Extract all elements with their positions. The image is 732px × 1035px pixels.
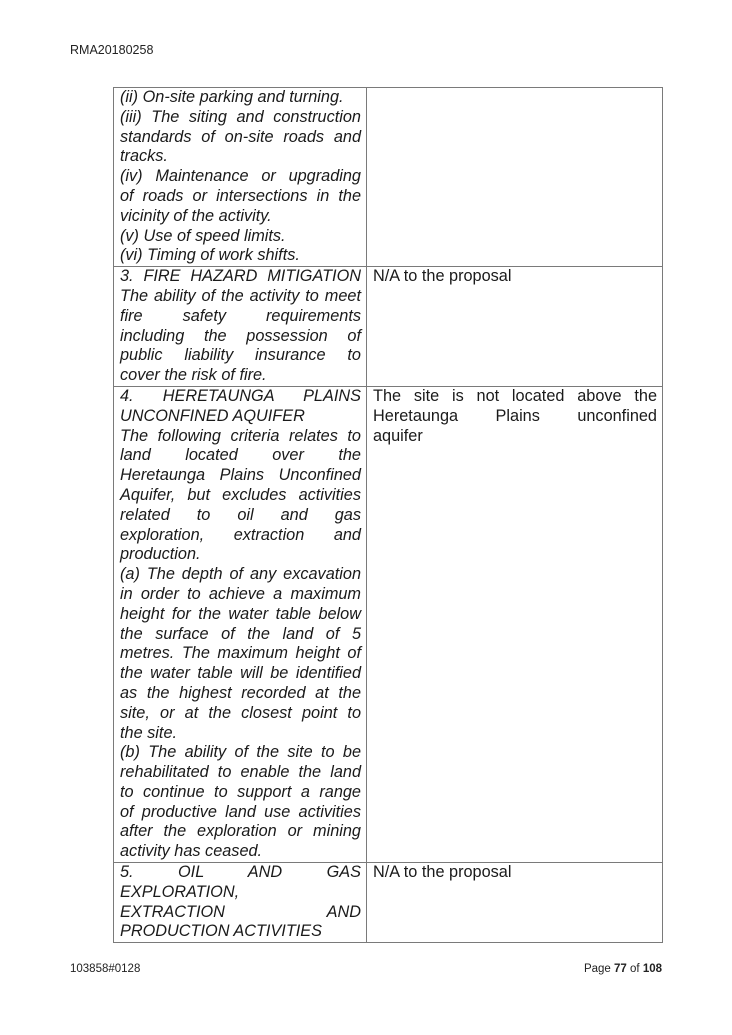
page-prefix: Page xyxy=(584,963,614,975)
page-total: 108 xyxy=(643,963,662,975)
assessment-cell xyxy=(367,88,663,267)
text-line: The ability of the activity to meet xyxy=(120,287,361,307)
page-current: 77 xyxy=(614,963,627,975)
assessment-cell: The site is not located above theHeretau… xyxy=(367,386,663,862)
text-line: metres. The maximum height of xyxy=(120,644,361,664)
text-line: UNCONFINED AQUIFER xyxy=(120,407,361,427)
text-line: 3. FIRE HAZARD MITIGATION xyxy=(120,267,361,287)
text-line: PRODUCTION ACTIVITIES xyxy=(120,922,361,942)
text-line: including the possession of xyxy=(120,327,361,347)
criteria-cell: 4. HERETAUNGA PLAINSUNCONFINED AQUIFERTh… xyxy=(114,386,367,862)
footer-doc-id: 103858#0128 xyxy=(70,963,140,975)
text-line: N/A to the proposal xyxy=(373,863,657,883)
criteria-cell: (ii) On-site parking and turning.(iii) T… xyxy=(114,88,367,267)
text-line: to continue to support a range xyxy=(120,783,361,803)
text-line: of roads or intersections in the xyxy=(120,187,361,207)
text-line: 5. OIL AND GAS xyxy=(120,863,361,883)
text-line: (v) Use of speed limits. xyxy=(120,227,361,247)
text-line: (iv) Maintenance or upgrading xyxy=(120,167,361,187)
page-number: Page 77 of 108 xyxy=(584,963,662,975)
text-line: (vi) Timing of work shifts. xyxy=(120,246,361,266)
text-line: in order to achieve a maximum xyxy=(120,585,361,605)
text-line: N/A to the proposal xyxy=(373,267,657,287)
assessment-cell: N/A to the proposal xyxy=(367,267,663,387)
text-line: (ii) On-site parking and turning. xyxy=(120,88,361,108)
text-line: Heretaunga Plains Unconfined xyxy=(120,466,361,486)
text-line: site, or at the closest point to xyxy=(120,704,361,724)
document-reference: RMA20180258 xyxy=(70,43,153,57)
text-line: rehabilitated to enable the land xyxy=(120,763,361,783)
table-row: 3. FIRE HAZARD MITIGATIONThe ability of … xyxy=(114,267,663,387)
text-line: The site is not located above the xyxy=(373,387,657,407)
text-line: land located over the xyxy=(120,446,361,466)
text-line: (b) The ability of the site to be xyxy=(120,743,361,763)
text-line: the site. xyxy=(120,724,361,744)
text-line: the water table will be identified xyxy=(120,664,361,684)
text-line: (iii) The siting and construction xyxy=(120,108,361,128)
text-line: cover the risk of fire. xyxy=(120,366,361,386)
text-line: the surface of the land of 5 xyxy=(120,625,361,645)
text-line: vicinity of the activity. xyxy=(120,207,361,227)
text-line: of productive land use activities xyxy=(120,803,361,823)
text-line: fire safety requirements xyxy=(120,307,361,327)
text-line: production. xyxy=(120,545,361,565)
criteria-table: (ii) On-site parking and turning.(iii) T… xyxy=(113,87,663,943)
text-line: Aquifer, but excludes activities xyxy=(120,486,361,506)
text-line: EXPLORATION, xyxy=(120,883,361,903)
text-line: activity has ceased. xyxy=(120,842,361,862)
assessment-cell: N/A to the proposal xyxy=(367,863,663,943)
text-line: EXTRACTION AND xyxy=(120,903,361,923)
text-line: related to oil and gas xyxy=(120,506,361,526)
table-row: (ii) On-site parking and turning.(iii) T… xyxy=(114,88,663,267)
text-line: aquifer xyxy=(373,427,657,447)
text-line: standards of on-site roads and xyxy=(120,128,361,148)
page-of: of xyxy=(627,963,643,975)
text-line: 4. HERETAUNGA PLAINS xyxy=(120,387,361,407)
text-line: public liability insurance to xyxy=(120,346,361,366)
table-row: 4. HERETAUNGA PLAINSUNCONFINED AQUIFERTh… xyxy=(114,386,663,862)
text-line: after the exploration or mining xyxy=(120,822,361,842)
text-line: as the highest recorded at the xyxy=(120,684,361,704)
table-row: 5. OIL AND GASEXPLORATION,EXTRACTION AND… xyxy=(114,863,663,943)
criteria-cell: 5. OIL AND GASEXPLORATION,EXTRACTION AND… xyxy=(114,863,367,943)
text-line: The following criteria relates to xyxy=(120,427,361,447)
text-line: height for the water table below xyxy=(120,605,361,625)
text-line: tracks. xyxy=(120,147,361,167)
criteria-cell: 3. FIRE HAZARD MITIGATIONThe ability of … xyxy=(114,267,367,387)
text-line: exploration, extraction and xyxy=(120,526,361,546)
text-line: (a) The depth of any excavation xyxy=(120,565,361,585)
text-line: Heretaunga Plains unconfined xyxy=(373,407,657,427)
